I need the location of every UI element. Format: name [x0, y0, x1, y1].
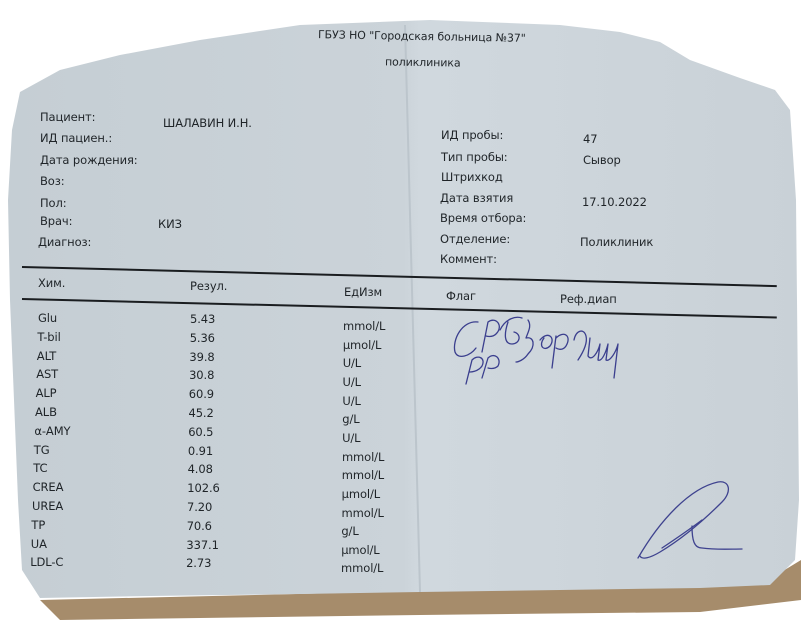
birth-date-label: Дата рождения:	[40, 153, 138, 167]
unit-cell: μmol/L	[342, 487, 380, 501]
patient-label: Пациент:	[40, 110, 95, 124]
test-name-cell: TC	[33, 461, 47, 475]
test-name-cell: ALP	[36, 386, 57, 400]
doctor-value: КИЗ	[158, 217, 182, 231]
test-name-cell: ALB	[35, 405, 57, 419]
department-value: Поликлиник	[580, 235, 653, 249]
result-value-cell: 70.6	[187, 519, 212, 533]
column-header-result: Резул.	[190, 279, 227, 293]
patient-value: ШАЛАВИН И.Н.	[163, 116, 252, 130]
test-name-cell: TP	[31, 518, 45, 532]
test-name-cell: ALT	[37, 349, 56, 363]
result-value-cell: 337.1	[186, 538, 218, 552]
sample-type-label: Тип пробы:	[441, 150, 508, 164]
sample-id-label: ИД пробы:	[441, 128, 503, 142]
unit-cell: g/L	[342, 412, 359, 426]
result-value-cell: 4.08	[188, 462, 213, 476]
unit-cell: U/L	[342, 394, 360, 408]
result-value-cell: 0.91	[188, 444, 213, 458]
sample-type-value: Сывор	[583, 153, 621, 167]
diagnosis-label: Диагноз:	[38, 235, 91, 249]
collection-date-value: 17.10.2022	[582, 195, 647, 209]
test-name-cell: α-AMY	[34, 424, 70, 438]
column-header-flag: Флаг	[446, 289, 476, 303]
unit-cell: mmol/L	[341, 561, 383, 575]
column-header-test: Хим.	[38, 276, 65, 290]
result-value-cell: 60.5	[188, 425, 213, 439]
unit-cell: μmol/L	[341, 543, 379, 557]
unit-cell: U/L	[343, 375, 361, 389]
patient-id-label: ИД пациен.:	[40, 131, 112, 145]
unit-cell: g/L	[341, 524, 358, 538]
unit-cell: U/L	[343, 356, 361, 370]
test-name-cell: UREA	[32, 499, 63, 513]
result-value-cell: 60.9	[189, 387, 214, 401]
test-name-cell: Glu	[38, 311, 57, 325]
test-name-cell: CREA	[33, 480, 64, 494]
doctor-label: Врач:	[40, 214, 72, 228]
department-title: поликлиника	[385, 55, 461, 69]
collection-date-label: Дата взятия	[440, 191, 513, 205]
sex-label: Пол:	[40, 196, 67, 210]
unit-cell: U/L	[342, 431, 360, 445]
column-header-ref: Реф.диап	[560, 292, 617, 306]
comment-label: Коммент:	[440, 252, 497, 266]
test-name-cell: UA	[31, 537, 47, 551]
unit-cell: mmol/L	[343, 319, 385, 333]
result-value-cell: 5.43	[190, 312, 215, 326]
unit-cell: μmol/L	[343, 338, 381, 352]
result-value-cell: 30.8	[189, 368, 214, 382]
test-name-cell: AST	[36, 367, 58, 381]
test-name-cell: T-bil	[37, 330, 60, 344]
result-value-cell: 102.6	[187, 481, 219, 495]
unit-cell: mmol/L	[342, 468, 384, 482]
unit-cell: mmol/L	[342, 450, 384, 464]
result-value-cell: 39.8	[189, 350, 214, 364]
barcode-label: Штрихкод	[441, 170, 503, 184]
unit-cell: mmol/L	[342, 506, 384, 520]
sample-id-value: 47	[583, 132, 597, 146]
result-value-cell: 2.73	[186, 556, 211, 570]
result-value-cell: 7.20	[187, 500, 212, 514]
collection-time-label: Время отбора:	[440, 211, 526, 225]
test-name-cell: TG	[34, 443, 50, 457]
age-label: Воз:	[40, 174, 65, 188]
result-value-cell: 5.36	[190, 331, 215, 345]
column-header-unit: ЕдИзм	[344, 285, 382, 299]
test-name-cell: LDL-C	[30, 555, 63, 569]
department-label: Отделение:	[440, 232, 510, 246]
result-value-cell: 45.2	[189, 406, 214, 420]
